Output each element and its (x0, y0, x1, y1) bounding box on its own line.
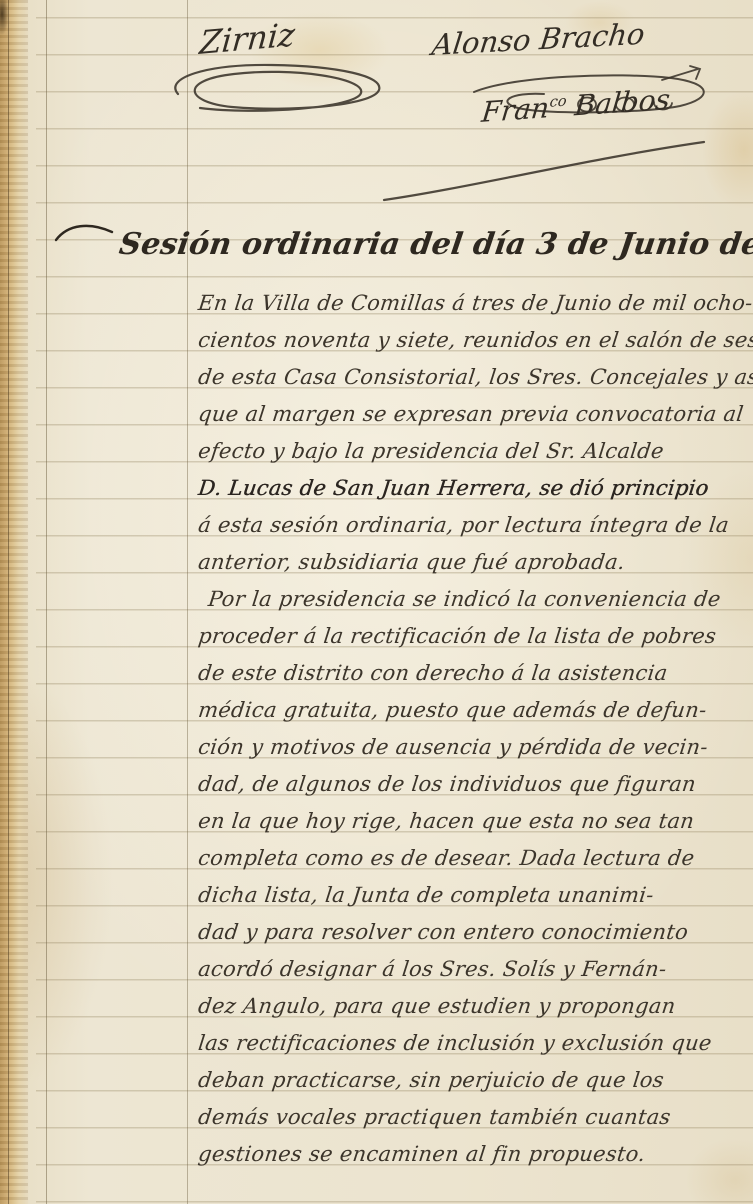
text-line: de esta Casa Consistorial, los Sres. Con… (196, 359, 753, 396)
text-line: las rectificaciones de inclusión y exclu… (196, 1025, 753, 1062)
deckle-binding-edge (0, 0, 28, 1204)
binding-fold-line (8, 0, 9, 1204)
text-line: ción y motivos de ausencia y pérdida de … (196, 729, 753, 766)
text-line: En la Villa de Comillas á tres de Junio … (196, 285, 753, 322)
title-flourish-icon (54, 220, 116, 248)
manuscript-page: Zirniz Alonso Bracho Franco Balbos Sesió… (0, 0, 753, 1204)
text-line: de este distrito con derecho á la asiste… (196, 655, 753, 692)
text-line: dad y para resolver con entero conocimie… (196, 914, 753, 951)
text-line: deban practicarse, sin perjuicio de que … (196, 1062, 753, 1099)
text-line: proceder á la rectificación de la lista … (196, 618, 753, 655)
text-line: gestiones se encaminen al fin propuesto. (196, 1136, 753, 1173)
pen-sweep-flourish-icon (378, 134, 712, 206)
text-line: acordó designar á los Sres. Solís y Fern… (196, 951, 753, 988)
session-title: Sesión ordinaria del día 3 de Junio de 1… (117, 227, 753, 262)
text-line: Por la presidencia se indicó la convenie… (196, 581, 753, 618)
margin-rule-inner (187, 0, 188, 1204)
signature-secretary-prefix: Fran (480, 91, 551, 129)
text-line: cientos noventa y siete, reunidos en el … (196, 322, 753, 359)
session-title-row: Sesión ordinaria del día 3 de Junio de 1… (54, 220, 753, 272)
text-line: completa como es de desear. Dada lectura… (196, 840, 753, 877)
text-line: D. Lucas de San Juan Herrera, se dió pri… (196, 470, 753, 507)
text-line: anterior, subsidiaria que fué aprobada. (196, 544, 753, 581)
text-line: dez Angulo, para que estudien y proponga… (196, 988, 753, 1025)
text-line: dad, de algunos de los individuos que fi… (196, 766, 753, 803)
text-line: á esta sesión ordinaria, por lectura ínt… (196, 507, 753, 544)
text-line: demás vocales practiquen también cuantas (196, 1099, 753, 1136)
margin-rule-outer (46, 0, 47, 1204)
text-line: médica gratuita, puesto que además de de… (196, 692, 753, 729)
text-line: en la que hoy rige, hacen que esta no se… (196, 803, 753, 840)
text-line: dicha lista, la Junta de completa unanim… (196, 877, 753, 914)
text-line: efecto y bajo la presidencia del Sr. Alc… (196, 433, 753, 470)
minutes-body: En la Villa de Comillas á tres de Junio … (196, 285, 753, 1173)
signature-left-rubric-icon (160, 52, 392, 124)
text-line: que al margen se expresan previa convoca… (196, 396, 753, 433)
